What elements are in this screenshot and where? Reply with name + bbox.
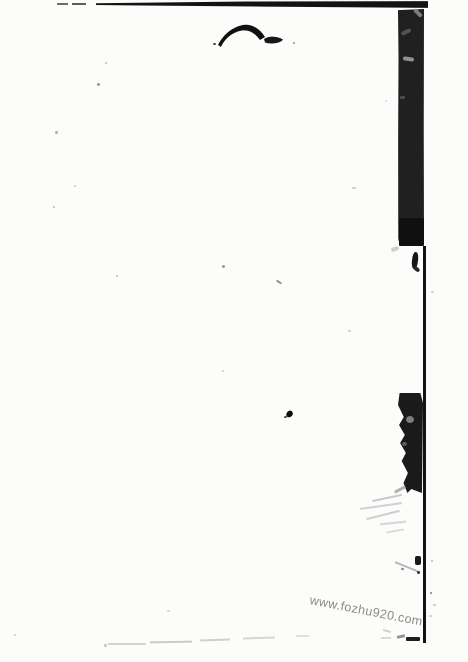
- scanned-page: www.fozhu920.com: [0, 0, 468, 662]
- edge-ink-mark: [406, 637, 420, 641]
- ink-speck: [293, 42, 295, 44]
- dust-speck: [53, 206, 55, 208]
- dust-speck: [222, 265, 225, 268]
- dust-speck: [431, 560, 433, 562]
- dust-speck: [385, 100, 387, 102]
- dust-speck: [348, 330, 351, 332]
- dust-speck: [14, 634, 16, 636]
- pencil-scratch: [394, 485, 406, 493]
- faint-baseline-dash: [296, 635, 309, 637]
- faint-baseline-dash: [200, 638, 230, 641]
- edge-ink-comma-tail: [413, 265, 421, 272]
- dust-speck: [55, 131, 58, 134]
- dust-speck: [222, 370, 224, 372]
- dust-speck: [97, 83, 100, 86]
- dust-speck: [105, 62, 107, 64]
- strip-texture-mark: [400, 96, 405, 99]
- dust-speck: [352, 187, 356, 189]
- strip-texture-mark: [401, 28, 412, 36]
- strip-texture-mark: [413, 8, 423, 18]
- dust-speck: [433, 604, 436, 606]
- blotch-highlight: [402, 442, 407, 446]
- strip-dark-patch: [399, 218, 424, 246]
- dust-speck: [167, 610, 170, 612]
- faint-baseline-dash: [104, 644, 107, 647]
- blotch-highlight: [406, 416, 414, 423]
- pencil-scratch: [386, 528, 404, 533]
- edge-ink-mark: [415, 556, 421, 565]
- dust-speck: [74, 185, 76, 187]
- pencil-scratch: [380, 521, 406, 526]
- top-rule-dash: [72, 3, 86, 5]
- faint-smudge: [383, 629, 391, 633]
- pencil-scratch: [372, 494, 402, 502]
- top-rule-dash: [57, 3, 68, 5]
- strip-texture-mark: [403, 56, 414, 61]
- faint-baseline-dash: [150, 641, 192, 644]
- dust-speck: [116, 275, 118, 277]
- faint-smudge: [391, 246, 400, 252]
- dust-speck: [429, 615, 432, 617]
- edge-ink-dot: [417, 571, 420, 574]
- scan-artifacts-layer: [0, 0, 468, 662]
- pencil-scratch: [360, 502, 402, 510]
- dust-speck: [276, 279, 282, 284]
- dust-speck: [431, 291, 434, 293]
- faint-baseline-dash: [243, 636, 275, 639]
- faint-smudge: [381, 637, 391, 639]
- faint-baseline-dash: [108, 643, 146, 645]
- dust-speck: [430, 592, 432, 594]
- ink-speck: [284, 416, 287, 418]
- pencil-scratch: [366, 510, 399, 520]
- edge-ink-fleck: [397, 634, 405, 639]
- ink-speck: [213, 43, 216, 45]
- edge-ink-fleck: [401, 568, 405, 571]
